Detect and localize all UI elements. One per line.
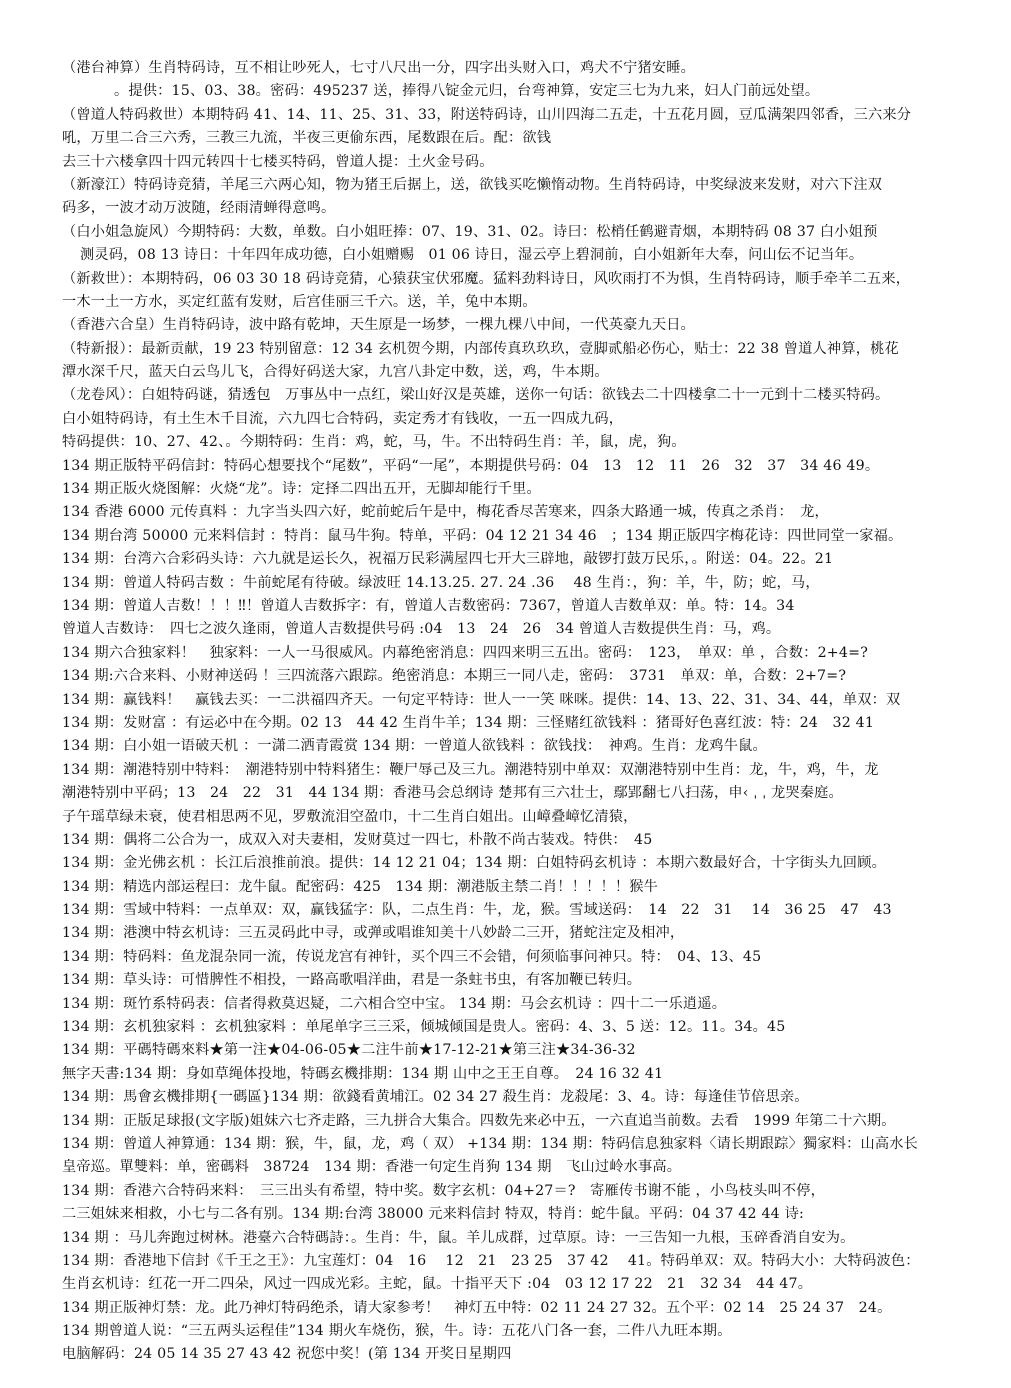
text-line: 134 期：曾道人神算通：134 期：猴，牛，鼠，龙，鸡（ 双） +134 期：…	[62, 1133, 1002, 1156]
text-line: 134 期：金光佛玄机 ：长江后浪推前浪。提供：14 12 21 04；134 …	[62, 852, 1002, 875]
text-line: 潭水深千尺，蓝天白云鸟儿飞，合得好码送大家，九宫八卦定中数，送，鸡，牛本期。	[62, 361, 1002, 384]
text-line: 子午瑶草绿未衰，使君相思两不见，罗敷流泪空盈巾，十二生肖白姐出。山嶂叠嶂忆清猿，	[62, 806, 1002, 829]
text-line: 134 期:六合来料、小财神送码 ！三四流落六跟踪。绝密消息：本期三一同八走，密…	[62, 665, 1002, 688]
text-line: 134 期：香港地下信封《千王之王》：九宝莲灯：04 16 12 21 23 2…	[62, 1250, 1002, 1273]
text-line: 134 期：白小姐一语破天机 ：一潇二洒青霞赏 134 期：一曾道人欲钱料 ：欲…	[62, 735, 1002, 758]
text-line: 134 期：正版足球报(文字版)姐妹六七齐走路，三九拼合大集合。四数先来必中五，…	[62, 1110, 1002, 1133]
text-line: 一木一土一方水，买定红蓝有发财，后宫佳丽三千六。送，羊，兔中本期。	[62, 291, 1002, 314]
text-line: 134 期：赢钱料！ 赢钱去买：一二洪福四齐天。一句定平特诗：世人一一笑 咪咪。…	[62, 689, 1002, 712]
text-line: 134 期：草头诗：可惜脾性不相投，一路高歌唱洋曲，君是一条蛀书虫，有客加鞭已转…	[62, 969, 1002, 992]
text-line: 134 期：馬會玄機排期{一碼區}134 期：欲錢看黄埔江。02 34 27 殺…	[62, 1086, 1002, 1109]
text-line: （港台神算）生肖特码诗，互不相让吵死人，七寸八尺出一分，四字出头财入口，鸡犬不宁…	[62, 57, 1002, 80]
text-line: 生肖玄机诗：红花一开二四朵，风过一四成光彩。主蛇，鼠。十指平天下 :04 03 …	[62, 1273, 1002, 1296]
document-body: （港台神算）生肖特码诗，互不相让吵死人，七寸八尺出一分，四字出头财入口，鸡犬不宁…	[62, 57, 1002, 1367]
text-line: 皇帝巡。單雙料：单，密碼料 38724 134 期：香港一句定生肖狗 134 期…	[62, 1156, 1002, 1179]
text-line: 潮港特别中平码；13 24 22 31 44 134 期：香港马会总纲诗 楚邦有…	[62, 782, 1002, 805]
text-line: （新救世）：本期特码，06 03 30 18 码诗竞猜，心猿获宝伏邪魔。猛料劲料…	[62, 268, 1002, 291]
text-line: 吼，万里二合三六秀，三教三九流，半夜三更偷东西，尾数跟在后。配：欲钱	[62, 127, 1002, 150]
text-line: 去三十六楼拿四十四元转四十七楼买特码，曾道人提：土火金号码。	[62, 151, 1002, 174]
text-line: 134 期：精选内部运程曰：龙牛鼠。配密码：425 134 期：潮港版主禁二肖！…	[62, 876, 1002, 899]
text-line: 曾道人吉数诗： 四七之波久逢雨，曾道人吉数提供号码 :04 13 24 26 3…	[62, 618, 1002, 641]
text-line: 134 期台湾 50000 元来料信封 ：特肖：鼠马牛狗。特单，平码：04 12…	[62, 525, 1002, 548]
text-line: 134 期 ：马儿奔跑过树林。港臺六合特碼詩：。生肖：牛，鼠。羊儿成群，过草原。…	[62, 1227, 1002, 1250]
text-line: 134 期：潮港特别中特料： 潮港特别中特料猪生：鞭尸辱己及三九。潮港特别中单双…	[62, 759, 1002, 782]
text-line: 134 期：斑竹系特码表：信者得救莫迟疑，二六相合空中宝。 134 期：马会玄机…	[62, 993, 1002, 1016]
text-line: （香港六合皇）生肖特码诗，波中路有乾坤，天生原是一场梦，一棵九棵八中间，一代英豪…	[62, 314, 1002, 337]
text-line: 特码提供：10、27、42、。今期特码：生肖：鸡，蛇，马，牛。不出特码生肖：羊，…	[62, 431, 1002, 454]
text-line: 134 期正版火烧图解：火烧“龙”。诗：定择二四出五开，无脚却能行千里。	[62, 478, 1002, 501]
text-line: 测灵码，08 13 诗日：十年四年成功德，白小姐赠赐 01 06 诗日，湿云亭上…	[62, 244, 1002, 267]
text-line: 134 期：平碼特碼來料★第一注★04-06-05★二注牛前★17-12-21★…	[62, 1039, 1002, 1062]
text-line: 134 期：香港六合特码来料： 三三出头有希望，特中奖。数字玄机：04+27＝?…	[62, 1180, 1002, 1203]
text-line: 134 期正版特平码信封：特码心想要找个“尾数”，平码“一尾”，本期提供号码：0…	[62, 455, 1002, 478]
text-line: 134 期：发财富 ：有运必中在今期。02 13 44 42 生肖牛羊；134 …	[62, 712, 1002, 735]
text-line: 码多，一波才动万波随，经雨清蝉得意鸣。	[62, 197, 1002, 220]
text-line: 电脑解码：24 05 14 35 27 43 42 祝您中奖！(第 134 开奖…	[62, 1343, 1002, 1366]
text-line: （曾道人特码救世）本期特码 41、14、11、25、31、33，附送特码诗，山川…	[62, 104, 1002, 127]
text-line: 134 香港 6000 元传真料 ：九字当头四六好，蛇前蛇后午是中，梅花香尽苦寒…	[62, 501, 1002, 524]
text-line: 134 期：台湾六合彩码头诗：六九就是运长久，祝福万民彩满屋四七开大三辟地，敲锣…	[62, 548, 1002, 571]
text-line: 134 期：港澳中特玄机诗：三五灵码此中寻，或弹或唱谁知美十八妙龄二三开，猪蛇注…	[62, 922, 1002, 945]
text-line: 134 期：雪域中特料：一点单双：双，赢钱猛字：队，二点生肖：牛，龙，猴。雪域送…	[62, 899, 1002, 922]
text-line: 134 期：曾道人特码吉数 ：牛前蛇尾有待破。绿波旺 14.13.25. 27.…	[62, 572, 1002, 595]
text-line: 134 期曾道人说：“三五两头运程佳”134 期火车烧伤，猴，牛。诗：五花八门各…	[62, 1320, 1002, 1343]
text-line: 134 期：玄机独家料 ：玄机独家料 ：单尾单字三三采，倾城倾国是贵人。密码：4…	[62, 1016, 1002, 1039]
text-line: 。提供：15、03、38。密码：495237 送，捧得八锭金元归，台弯神算，安定…	[62, 80, 1002, 103]
text-line: 二三姐妹来相救，小七与二各有别。134 期:台湾 38000 元来料信封 特双，…	[62, 1203, 1002, 1226]
text-line: 134 期：特码料：鱼龙混杂同一流，传说龙宫有神针，买个四三不会错，何须临事问神…	[62, 946, 1002, 969]
text-line: 無字天書:134 期：身如草绳体投地，特碼玄機排期：134 期 山中之王王自尊。…	[62, 1063, 1002, 1086]
text-line: （白小姐急旋风）今期特码：大数，单数。白小姐旺捧：07、19、31、02。诗曰：…	[62, 221, 1002, 244]
text-line: 白小姐特码诗，有土生木千目流，六九四七合特码，卖定秀才有钱收，一五一四成九码，	[62, 408, 1002, 431]
text-line: （新濠江）特码诗竞猜，羊尾三六两心知，物为猪王后据上，送，欲钱买吃懒惰动物。生肖…	[62, 174, 1002, 197]
text-line: 134 期六合独家料！ 独家料：一人一马很威风。内幕绝密消息：四四来明三五出。密…	[62, 642, 1002, 665]
text-line: （特新报）：最新贡献，19 23 特别留意：12 34 玄机贺今期，内部传真玖玖…	[62, 338, 1002, 361]
text-line: （龙卷风）：白姐特码谜，猜透包 万事丛中一点红，梁山好汉是英雄，送你一句话：欲钱…	[62, 384, 1002, 407]
text-line: 134 期：曾道人吉数！！！‼！曾道人吉数拆字：有，曾道人吉数密码：7367，曾…	[62, 595, 1002, 618]
text-line: 134 期：偶将二公合为一，成双入对夫妻相，发财莫过一四七，朴散不尚古装戏。特供…	[62, 829, 1002, 852]
text-line: 134 期正版神灯禁：龙。此乃神灯特码绝杀，请大家参考！ 神灯五中特：02 11…	[62, 1297, 1002, 1320]
